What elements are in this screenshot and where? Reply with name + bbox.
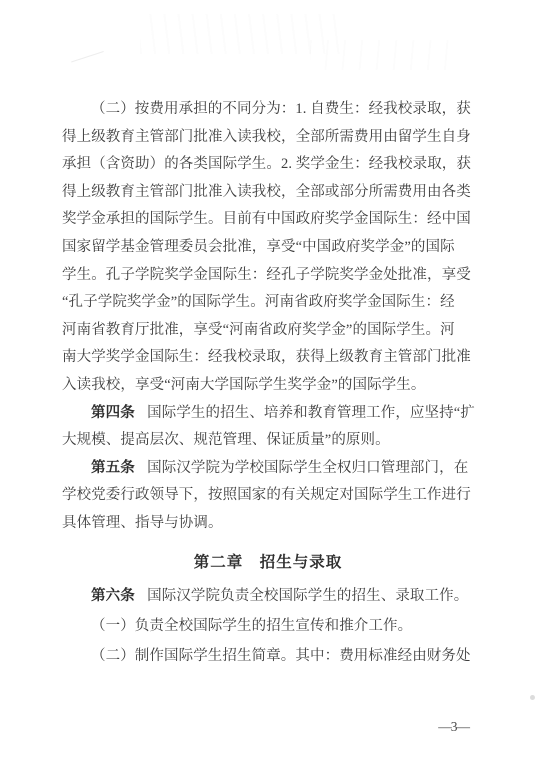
- text-line: “孔子学院奖学金”的国际学生。河南省政府奖学金国际生：经: [62, 289, 474, 317]
- text-line: （一）负责全校国际学生的招生宣传和推介工作。: [62, 611, 474, 641]
- article-number: 第四条: [91, 405, 135, 421]
- text-line: 奖学金承担的国际学生。目前有中国政府奖学金国际生：经中国: [62, 206, 474, 234]
- article-number: 第六条: [91, 588, 135, 604]
- page-number: —3—: [438, 719, 469, 735]
- scan-dot-mark: [530, 695, 535, 700]
- text-line: 大规模、提高层次、规范管理、保证质量”的原则。: [62, 427, 474, 455]
- text-line: 河南省教育厅批准，享受“河南省政府奖学金”的国际学生。河: [62, 317, 474, 345]
- text-line: 国家留学基金管理委员会批准，享受“中国政府奖学金”的国际: [62, 234, 474, 262]
- text-line: 第四条国际学生的招生、培养和教育管理工作，应坚持“扩: [62, 400, 474, 428]
- scan-scratch-mark: [71, 51, 107, 72]
- text-line: 第六条国际汉学院负责全校国际学生的招生、录取工作。: [62, 581, 474, 611]
- document-page: （二）按费用承担的不同分为：1. 自费生：经我校录取，获得上级教育主管部门批准入…: [0, 0, 538, 768]
- scan-smudge-top-right: [310, 40, 450, 70]
- text-line: 南大学奖学金国际生：经我校录取，获得上级教育主管部门批准: [62, 344, 474, 372]
- text-line: 第五条国际汉学院为学校国际学生全权归口管理部门，在: [62, 455, 474, 483]
- text-line: 得上级教育主管部门批准入读我校，全部或部分所需费用由各类: [62, 179, 474, 207]
- text-line: 学生。孔子学院奖学金国际生：经孔子学院奖学金处批准，享受: [62, 262, 474, 290]
- scan-smudge-top-left: [140, 14, 340, 54]
- text-line: 学校党委行政领导下，按照国家的有关规定对国际学生工作进行: [62, 482, 474, 510]
- text-line: 承担（含资助）的各类国际学生。2. 奖学金生：经我校录取，获: [62, 151, 474, 179]
- text-line: 入读我校，享受“河南大学国际学生奖学金”的国际学生。: [62, 372, 474, 400]
- article-number: 第五条: [91, 460, 135, 476]
- text-line: （二）制作国际学生招生简章。其中：费用标准经由财务处: [62, 641, 474, 671]
- chapter-heading: 第二章 招生与录取: [62, 548, 474, 578]
- document-lines: （二）按费用承担的不同分为：1. 自费生：经我校录取，获得上级教育主管部门批准入…: [62, 96, 474, 671]
- text-line: 具体管理、指导与协调。: [62, 510, 474, 538]
- text-line: （二）按费用承担的不同分为：1. 自费生：经我校录取，获: [62, 96, 474, 124]
- text-line: 得上级教育主管部门批准入读我校，全部所需费用由留学生自身: [62, 124, 474, 152]
